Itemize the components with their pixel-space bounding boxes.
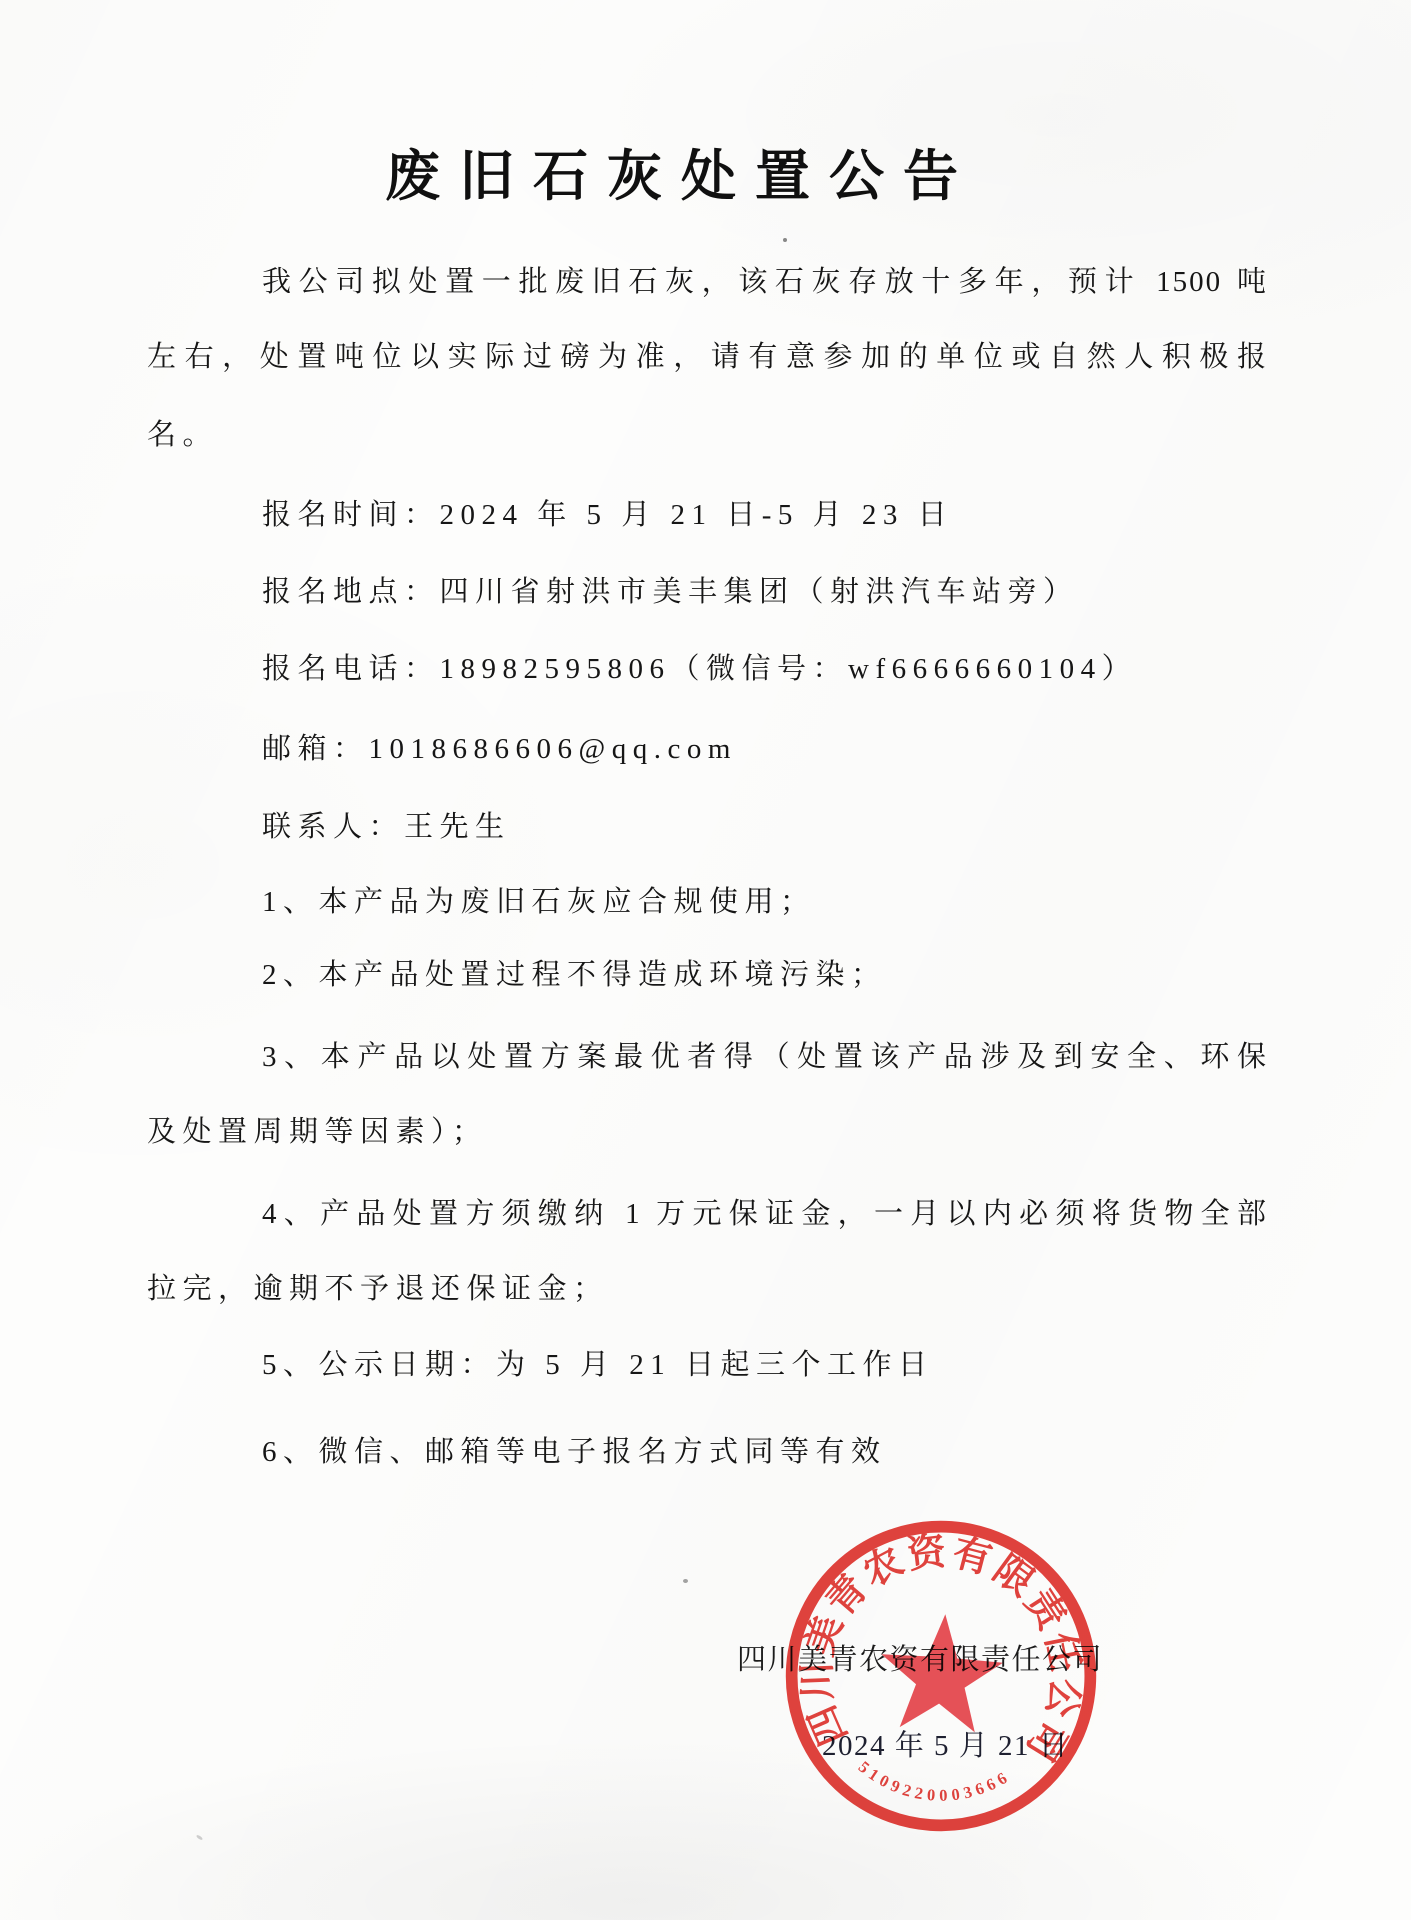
doc-line-item-3: 3、本产品以处置方案最优者得（处置该产品涉及到安全、环保 (262, 1035, 1268, 1079)
svg-text:5109220003666: 5109220003666 (853, 1756, 1014, 1810)
doc-line-item-3-cont: 及处置周期等因素）； (147, 1110, 488, 1154)
stamp-star-icon (876, 1610, 1006, 1734)
doc-line-item-4: 4、产品处置方须缴纳 1 万元保证金，一月以内必须将货物全部 (262, 1192, 1268, 1236)
doc-line-email: 邮箱：1018686606@qq.com (262, 727, 737, 771)
scan-speck (783, 238, 787, 242)
scan-speck (196, 1834, 203, 1840)
doc-line-item-2: 2、本产品处置过程不得造成环境污染； (262, 953, 887, 997)
company-seal-stamp: 四川美青农资有限责任公司 5109220003666 (770, 1505, 1112, 1847)
doc-line-item-6: 6、微信、邮箱等电子报名方式同等有效 (262, 1430, 887, 1474)
stamp-serial-number: 5109220003666 (853, 1756, 1014, 1810)
scan-speck (683, 1579, 688, 1583)
doc-line-contact-person: 联系人：王先生 (262, 805, 511, 849)
doc-line-signup-place: 报名地点：四川省射洪市美丰集团（射洪汽车站旁） (262, 570, 1079, 614)
doc-line-signup-time: 报名时间：2024 年 5 月 21 日-5 月 23 日 (262, 493, 953, 537)
page-title: 废旧石灰处置公告 (385, 142, 977, 212)
doc-line-signup-phone: 报名电话：18982595806（微信号：wf6666660104） (262, 647, 1137, 691)
doc-line: 我公司拟处置一批废旧石灰，该石灰存放十多年，预计 1500 吨 (262, 260, 1268, 304)
doc-line: 左右，处置吨位以实际过磅为准，请有意参加的单位或自然人积极报 (147, 335, 1268, 379)
doc-line-item-5: 5、公示日期：为 5 月 21 日起三个工作日 (262, 1343, 934, 1387)
company-seal-svg: 四川美青农资有限责任公司 5109220003666 (770, 1505, 1112, 1847)
doc-line-item-4-cont: 拉完，逾期不予退还保证金； (147, 1267, 609, 1311)
doc-line-item-1: 1、本产品为废旧石灰应合规使用； (262, 880, 816, 924)
doc-line: 名。 (147, 413, 218, 457)
